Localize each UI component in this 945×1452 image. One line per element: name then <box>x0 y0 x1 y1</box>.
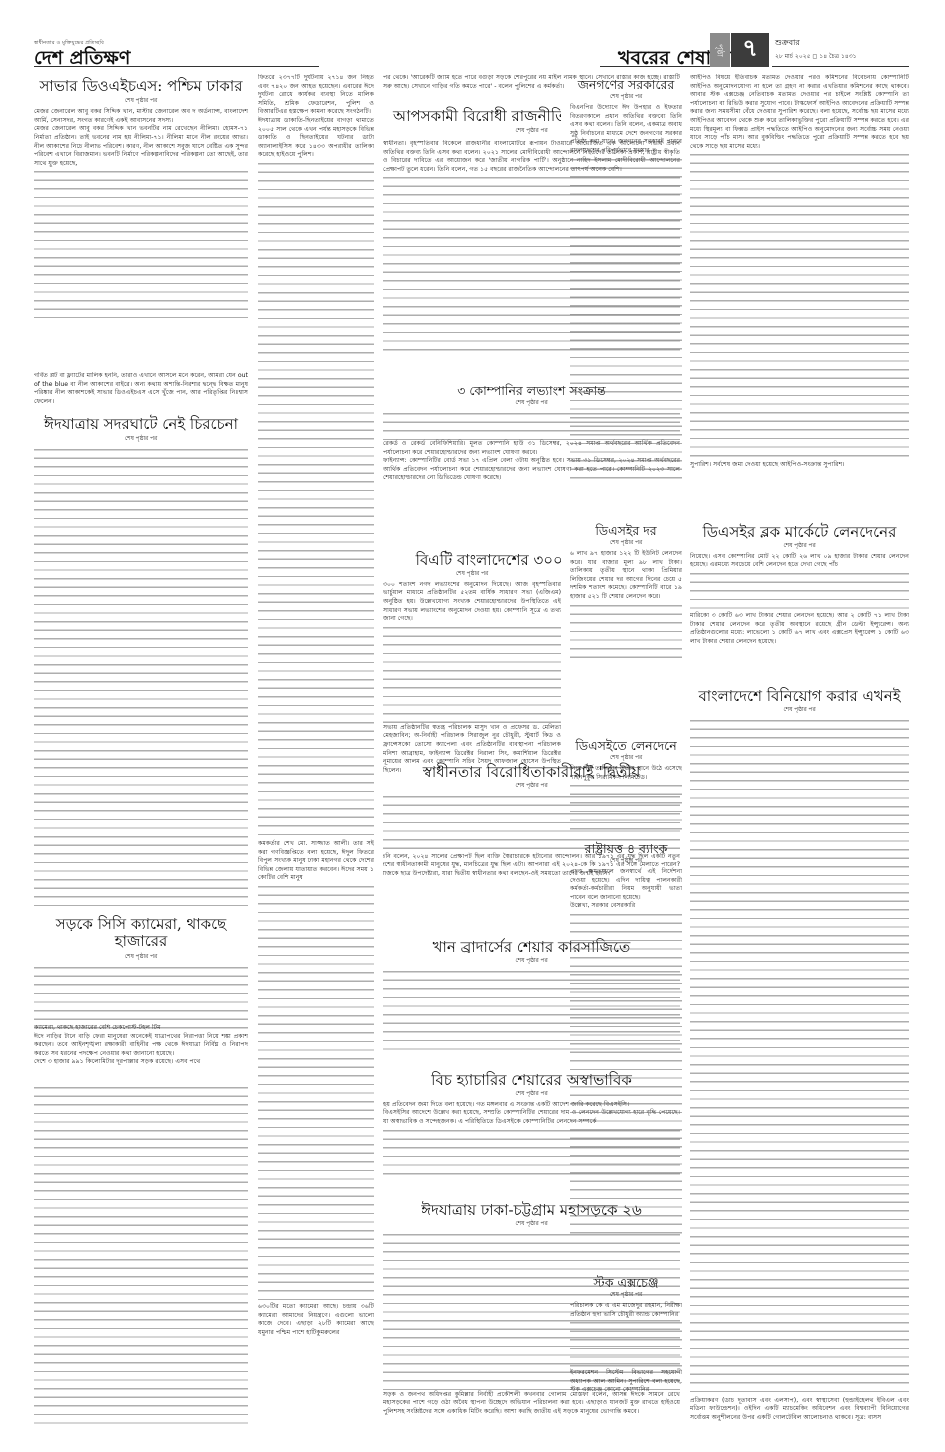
article-eid-sadarghat: ঈদযাত্রায় সদরঘাটে নেই চিরচেনা শেষ পৃষ্ঠ… <box>34 412 248 912</box>
article-headline: ডিএসইর ব্লক মার্কেটে লেনদেনের <box>690 524 909 541</box>
article-paragraph: মারিকো ৩ কোটি ৬৩ লাখ টাকার শেয়ার লেনদেন… <box>690 612 909 646</box>
article-paragraph: ইনফরমেশন সিস্টেম বিভাগের সহযোগী অধ্যাপক … <box>570 1369 682 1395</box>
issue-date: ২৮ মার্চ ২০২৫ ◻ ১৪ চৈত্র ১৪৩১ <box>775 51 857 62</box>
article-body-lines <box>258 883 374 1303</box>
article-paragraph: ৬ লাখ ৯৭ হাজার ১২২ টি ইউনিট লেনদেন করে। … <box>570 550 682 602</box>
text-lines <box>570 1319 682 1369</box>
article-paragraph: গর্বিত প্লট বা ফ্ল্যাটের মালিক হননি, তার… <box>34 372 248 406</box>
article-body-lines <box>570 911 682 1241</box>
continued-label: শেষ পৃষ্ঠার পর <box>383 570 561 579</box>
article-headline: বিএটি বাংলাদেশের ৩০০ শতাংশ <box>383 552 561 569</box>
article-savar-dohs: সাভার ডিওএইচএস: পশ্চিম ঢাকার শেষ পৃষ্ঠার… <box>34 74 248 374</box>
article-headline: রাষ্ট্রায়ত্ত ৪ ব্যাংক <box>570 842 682 856</box>
article-paragraph: ঈদে নাড়ির টানে বাড়ি ফেরা মানুষেরা অনেক… <box>34 1033 248 1059</box>
article-body-lines <box>570 1319 682 1369</box>
continued-label: শেষ পৃষ্ঠার পর <box>570 1291 682 1300</box>
continued-label: শেষ পৃষ্ঠার পর <box>34 96 248 106</box>
continued-label: শেষ পৃষ্ঠার পর <box>570 539 682 548</box>
text-lines <box>570 911 682 1241</box>
text-lines <box>258 883 374 1303</box>
article-paragraph: ক্যামেরা, থাকছে হাজারের বেশি চেকপোস্ট-টহ… <box>34 1024 248 1033</box>
article-paragraph: ঈদযাত্রায় ডাকাতি-ছিনতাইয়ের বাগড়া থামা… <box>258 117 374 160</box>
continued-label: শেষ পৃষ্ঠার পর <box>570 857 682 866</box>
article-body-lines <box>570 156 682 486</box>
masthead-rule-date <box>772 66 909 67</box>
article-headline: ডিএসইর দর <box>570 524 682 538</box>
article-savar-dohs-end: গর্বিত প্লট বা ফ্ল্যাটের মালিক হননি, তার… <box>34 372 248 414</box>
article-state-banks: রাষ্ট্রায়ত্ত ৪ ব্যাংক শেষ পৃষ্ঠার পর প্… <box>570 838 682 1268</box>
continued-label: শেষ পৃষ্ঠার পর <box>690 542 909 551</box>
issue-day: শুক্রবার <box>775 37 800 50</box>
article-body-lines <box>383 624 561 724</box>
article-paragraph: পরিচালক কে এ এম মাজেদুর রহমান, নিরীক্ষা … <box>570 1302 682 1319</box>
article-peoples-government: জনগণের সরকারের শেষ পৃষ্ঠার পর বিএনপির উদ… <box>570 74 682 524</box>
article-body-lines <box>570 602 682 662</box>
article-body-lines <box>34 964 248 1033</box>
article-paragraph: নিয়েছে। এসব কোম্পানির মোট ২২ কোটি ২৬ লা… <box>690 553 909 570</box>
article-body-lines <box>570 782 682 832</box>
text-lines <box>690 151 909 461</box>
article-cctv-highway: সড়কে সিসি ক্যামেরা, থাকছে হাজারের শেষ প… <box>34 912 248 1032</box>
masthead: স্বাধীনতার ও মুক্তিযুদ্ধের প্রতিচ্ছবি দে… <box>0 0 945 62</box>
continued-label: শেষ পৃষ্ঠার পর <box>34 434 248 444</box>
text-lines <box>34 1084 248 1424</box>
continued-label: শেষ পৃষ্ঠার পর <box>570 754 682 763</box>
article-paragraph: মেজর জেনারেল আবু বকর সিদ্দিক খান ভবনটির … <box>34 125 248 168</box>
masthead-rule-section <box>600 66 710 67</box>
article-body-lines <box>258 160 374 840</box>
article-paragraph: ফিতরে ২৩৭৭টি দুর্ঘটনায় ২৭১৪ জন নিহত এবং… <box>258 74 374 117</box>
continued-label: শেষ পৃষ্ঠার পর <box>34 952 248 962</box>
article-invest-in-bangladesh: বাংলাদেশে বিনিয়োগ করার এখনই শেষ পৃষ্ঠার… <box>690 684 909 1429</box>
article-cctv-continued <box>34 1084 248 1424</box>
article-dse-price: ডিএসইর দর শেষ পৃষ্ঠার পর ৬ লাখ ৯৭ হাজার … <box>570 520 682 680</box>
article-paragraph: প্রক্রিয়াকরণ (ডাচ দূতাবাস এবং এলসাপ), এ… <box>690 1397 909 1423</box>
page-label: পৃষ্ঠা <box>710 33 730 67</box>
article-paragraph: দেশে ৩ হাজার ৯৯১ কিলোমিটার দূরপাল্লার সড… <box>34 1058 248 1067</box>
text-lines <box>690 717 909 1397</box>
masthead-rule-left <box>34 66 319 67</box>
continued-label: শেষ পৃষ্ঠার পর <box>570 93 682 102</box>
text-lines <box>34 446 248 912</box>
article-paragraph: আইপিও বিষয়ে ইতিবাচক মতামত দেওয়ার পরও ক… <box>690 74 909 151</box>
article-paragraph: মেজর জেনারেল আবু বকর সিদ্দিক খান, মাস্টা… <box>34 108 248 125</box>
article-dse-transactions: ডিএসইতে লেনদেনে শেষ পৃষ্ঠার পর নিয়ে শীর… <box>570 735 682 835</box>
article-headline: সড়কে সিসি ক্যামেরা, থাকছে হাজারের <box>34 916 248 951</box>
text-lines <box>570 782 682 832</box>
article-paragraph: প্রদত্ত ক্ষমতাবলে জনস্বার্থে এই নির্দেশন… <box>570 868 682 902</box>
article-body-lines <box>690 570 909 612</box>
article-headline: ডিএসইতে লেনদেনে <box>570 739 682 753</box>
article-ipo-taskforce: আইপিও বিষয়ে ইতিবাচক মতামত দেওয়ার পরও ক… <box>690 74 909 519</box>
article-stock-exchange: স্টক এক্সচেঞ্জ শেষ পৃষ্ঠার পর পরিচালক কে… <box>570 1272 682 1432</box>
article-body-lines <box>690 151 909 461</box>
article-paragraph: সুপারিশ। সর্বশেষ জমা দেওয়া হয়েছে আইপিও… <box>690 461 909 470</box>
article-paragraph: উল্লেখ্য, সরকার বেসরকারি <box>570 902 682 911</box>
article-cctv-body: ক্যামেরা, থাকছে হাজারের বেশি চেকপোস্ট-টহ… <box>34 1024 248 1084</box>
article-headline: স্টক এক্সচেঞ্জ <box>570 1276 682 1290</box>
article-paragraph: নিয়ে শীর্ষ তালিকার তৃতীয় স্থানে উঠে এস… <box>570 765 682 782</box>
text-lines <box>570 156 682 486</box>
article-body-lines <box>34 168 248 318</box>
article-paragraph: ৬৩০টির মতো ক্যামেরা আছে। চন্দ্রায় ৩৬টি … <box>258 1303 374 1337</box>
article-headline: জনগণের সরকারের <box>570 78 682 92</box>
text-lines <box>34 964 248 1033</box>
page-number: ৭ <box>731 33 769 67</box>
article-headline: বাংলাদেশে বিনিয়োগ করার এখনই <box>690 688 909 705</box>
text-lines <box>258 160 374 840</box>
article-headline: ঈদযাত্রায় সদরঘাটে নেই চিরচেনা <box>34 416 248 433</box>
continued-label: শেষ পৃষ্ঠার পর <box>690 706 909 715</box>
article-body-lines <box>690 717 909 1397</box>
logo-text: দেশ প্রতিক্ষণ <box>34 48 130 68</box>
text-lines <box>690 570 909 612</box>
article-body-lines <box>34 446 248 912</box>
continued-label: শেষ পৃষ্ঠার পর <box>383 126 561 136</box>
article-dse-block-market: ডিএসইর ব্লক মার্কেটে লেনদেনের শেষ পৃষ্ঠা… <box>690 520 909 655</box>
article-headline: সাভার ডিওএইচএস: পশ্চিম ঢাকার <box>34 78 248 95</box>
article-headline: আপসকামী বিরোধী রাজনীতিবিদদের জন্য <box>393 108 561 125</box>
text-lines <box>570 602 682 662</box>
text-lines <box>34 168 248 318</box>
article-paragraph: কমকর্তার শেখ মো. সাজ্জাত আলী। তার সই করা… <box>258 840 374 883</box>
logo[interactable]: স্বাধীনতার ও মুক্তিযুদ্ধের প্রতিচ্ছবি দে… <box>34 40 130 68</box>
column-2-continuations: ফিতরে ২৩৭৭টি দুর্ঘটনায় ২৭১৪ জন নিহত এবং… <box>258 74 374 1426</box>
text-lines <box>383 624 561 724</box>
article-paragraph: বিএনপির উদ্যোগে ঈদ উপহার ও ইফতার বিতরণকা… <box>570 104 682 156</box>
article-paragraph: ৩০০ শতাংশ নগদ লভ্যাংশের অনুমোদন দিয়েছে।… <box>383 581 561 624</box>
